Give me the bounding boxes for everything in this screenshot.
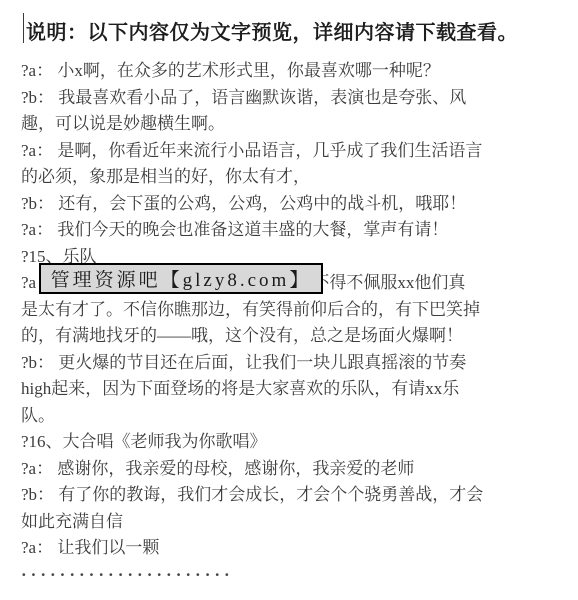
script-line-section-16: ?16、大合唱《老师我为你歌唱》 (21, 429, 483, 456)
script-line: ?b： 有了你的教诲，我们才会成长，才会个个骁勇善战，才会 (21, 482, 483, 509)
script-line: ?a： 小x啊，在众多的艺术形式里，你最喜欢哪一种呢？ (21, 58, 483, 85)
watermark-url: 【glzy8.com】 (161, 270, 312, 291)
watermark-site-name: 管理资源吧 (51, 270, 161, 291)
script-line: 如此充满自信 (21, 509, 483, 536)
script-line: ?a： 让我们以一颗 (21, 535, 483, 562)
script-text-content: ?a： 小x啊，在众多的艺术形式里，你最喜欢哪一种呢？ ?b： 我最喜欢看小品了… (21, 58, 483, 588)
script-line: 的必须，象那是相当的好，你太有才， (21, 164, 483, 191)
script-line: 是太有才了。不信你瞧那边，有笑得前仰后合的，有下巴笑掉 (21, 297, 483, 324)
truncation-dots: ······················ (21, 562, 483, 589)
script-line: ?b： 我最喜欢看小品了，语言幽默诙谐，表演也是夸张、风 (21, 85, 483, 112)
script-line: 的，有满地找牙的——哦，这个没有，总之是场面火爆啊！ (21, 323, 483, 350)
text-cursor-caret (23, 13, 24, 43)
script-line: high起来，因为下面登场的将是大家喜欢的乐队，有请xx乐 (21, 376, 483, 403)
preview-notice: 说明：以下内容仅为文字预览，详细内容请下载查看。 (26, 16, 518, 45)
script-line: ?b： 更火爆的节目还在后面，让我们一块儿跟真摇滚的节奏 (21, 350, 483, 377)
document-preview-page: 说明：以下内容仅为文字预览，详细内容请下载查看。 ?a： 小x啊，在众多的艺术形… (0, 0, 578, 600)
script-line: ?a： 是啊，你看近年来流行小品语言，几乎成了我们生活语言 (21, 138, 483, 165)
watermark-text: 管理资源吧【glzy8.com】 (51, 265, 312, 292)
watermark-banner: 管理资源吧【glzy8.com】 (39, 263, 323, 294)
script-line: ?a： 感谢你，我亲爱的母校，感谢你，我亲爱的老师 (21, 456, 483, 483)
script-line: ?b： 还有，会下蛋的公鸡，公鸡，公鸡中的战斗机，哦耶！ (21, 191, 483, 218)
script-line: 队。 (21, 403, 483, 430)
script-line: ?a： 我们今天的晚会也准备这道丰盛的大餐，掌声有请！ (21, 217, 483, 244)
script-line: 趣，可以说是妙趣横生啊。 (21, 111, 483, 138)
